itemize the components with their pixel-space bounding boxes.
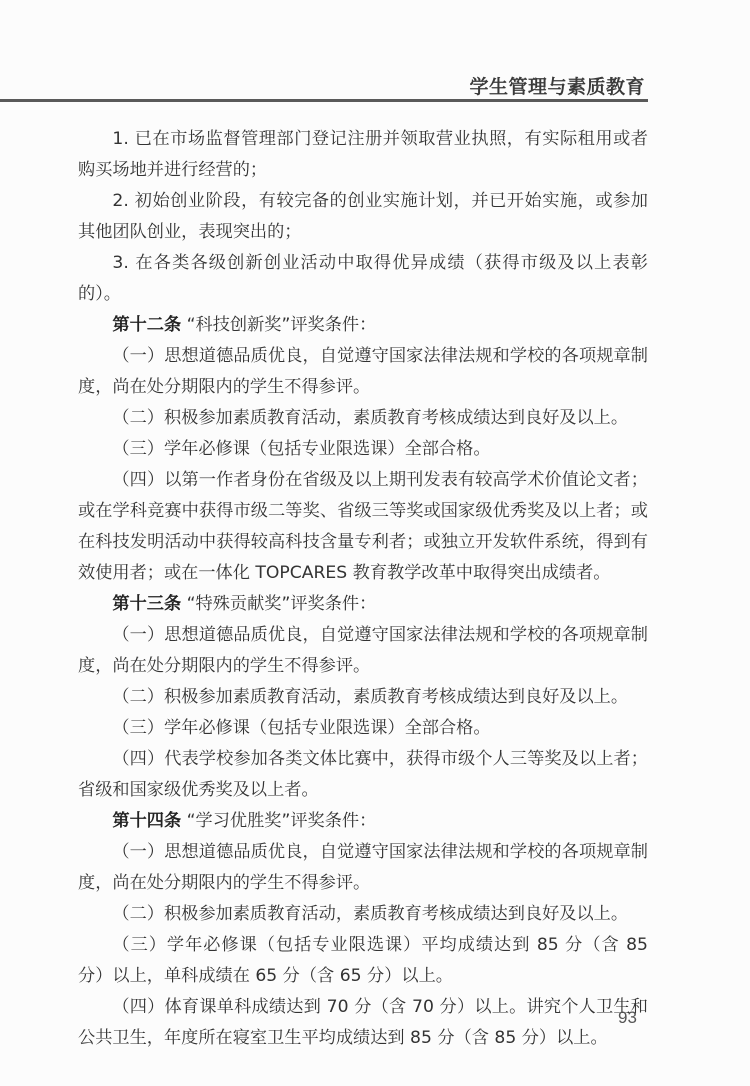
running-header: 学生管理与素质教育 <box>0 66 648 103</box>
list-item: （二）积极参加素质教育活动，素质教育考核成绩达到良好及以上。 <box>78 682 648 713</box>
list-item: （一）思想道德品质优良，自觉遵守国家法律法规和学校的各项规章制度，尚在处分期限内… <box>78 341 648 403</box>
page-number: 93 <box>618 1008 637 1028</box>
article-title: “学习优胜奖”评奖条件： <box>181 811 376 831</box>
article-heading: 第十四条 “学习优胜奖”评奖条件： <box>78 806 648 837</box>
page-body: 1. 已在市场监督管理部门登记注册并领取营业执照，有实际租用或者购买场地并进行经… <box>78 124 648 1054</box>
list-item: （三）学年必修课（包括专业限选课）全部合格。 <box>78 713 648 744</box>
list-item: （二）积极参加素质教育活动，素质教育考核成绩达到良好及以上。 <box>78 403 648 434</box>
list-item: 3. 在各类各级创新创业活动中取得优异成绩（获得市级及以上表彰的）。 <box>78 248 648 310</box>
article-number: 第十三条 <box>112 594 181 614</box>
article-title: “特殊贡献奖”评奖条件： <box>181 594 376 614</box>
article-heading: 第十二条 “科技创新奖”评奖条件： <box>78 310 648 341</box>
list-item: （一）思想道德品质优良，自觉遵守国家法律法规和学校的各项规章制度，尚在处分期限内… <box>78 620 648 682</box>
article-title: “科技创新奖”评奖条件： <box>181 315 376 335</box>
article-number: 第十二条 <box>112 315 181 335</box>
list-item: 1. 已在市场监督管理部门登记注册并领取营业执照，有实际租用或者购买场地并进行经… <box>78 124 648 186</box>
list-item: 2. 初始创业阶段，有较完备的创业实施计划，并已开始实施，或参加其他团队创业，表… <box>78 186 648 248</box>
list-item: （三）学年必修课（包括专业限选课）全部合格。 <box>78 434 648 465</box>
article-heading: 第十三条 “特殊贡献奖”评奖条件： <box>78 589 648 620</box>
list-item: （四）以第一作者身份在省级及以上期刊发表有较高学术价值论文者；或在学科竞赛中获得… <box>78 465 648 589</box>
article-number: 第十四条 <box>112 811 181 831</box>
list-item: （三）学年必修课（包括专业限选课）平均成绩达到 85 分（含 85 分）以上，单… <box>78 930 648 992</box>
chapter-title: 学生管理与素质教育 <box>469 72 645 99</box>
list-item: （四）代表学校参加各类文体比赛中，获得市级个人三等奖及以上者；省级和国家级优秀奖… <box>78 744 648 806</box>
list-item: （四）体育课单科成绩达到 70 分（含 70 分）以上。讲究个人卫生和公共卫生，… <box>78 992 648 1054</box>
list-item: （二）积极参加素质教育活动，素质教育考核成绩达到良好及以上。 <box>78 899 648 930</box>
header-rule <box>0 99 648 102</box>
list-item: （一）思想道德品质优良，自觉遵守国家法律法规和学校的各项规章制度，尚在处分期限内… <box>78 837 648 899</box>
